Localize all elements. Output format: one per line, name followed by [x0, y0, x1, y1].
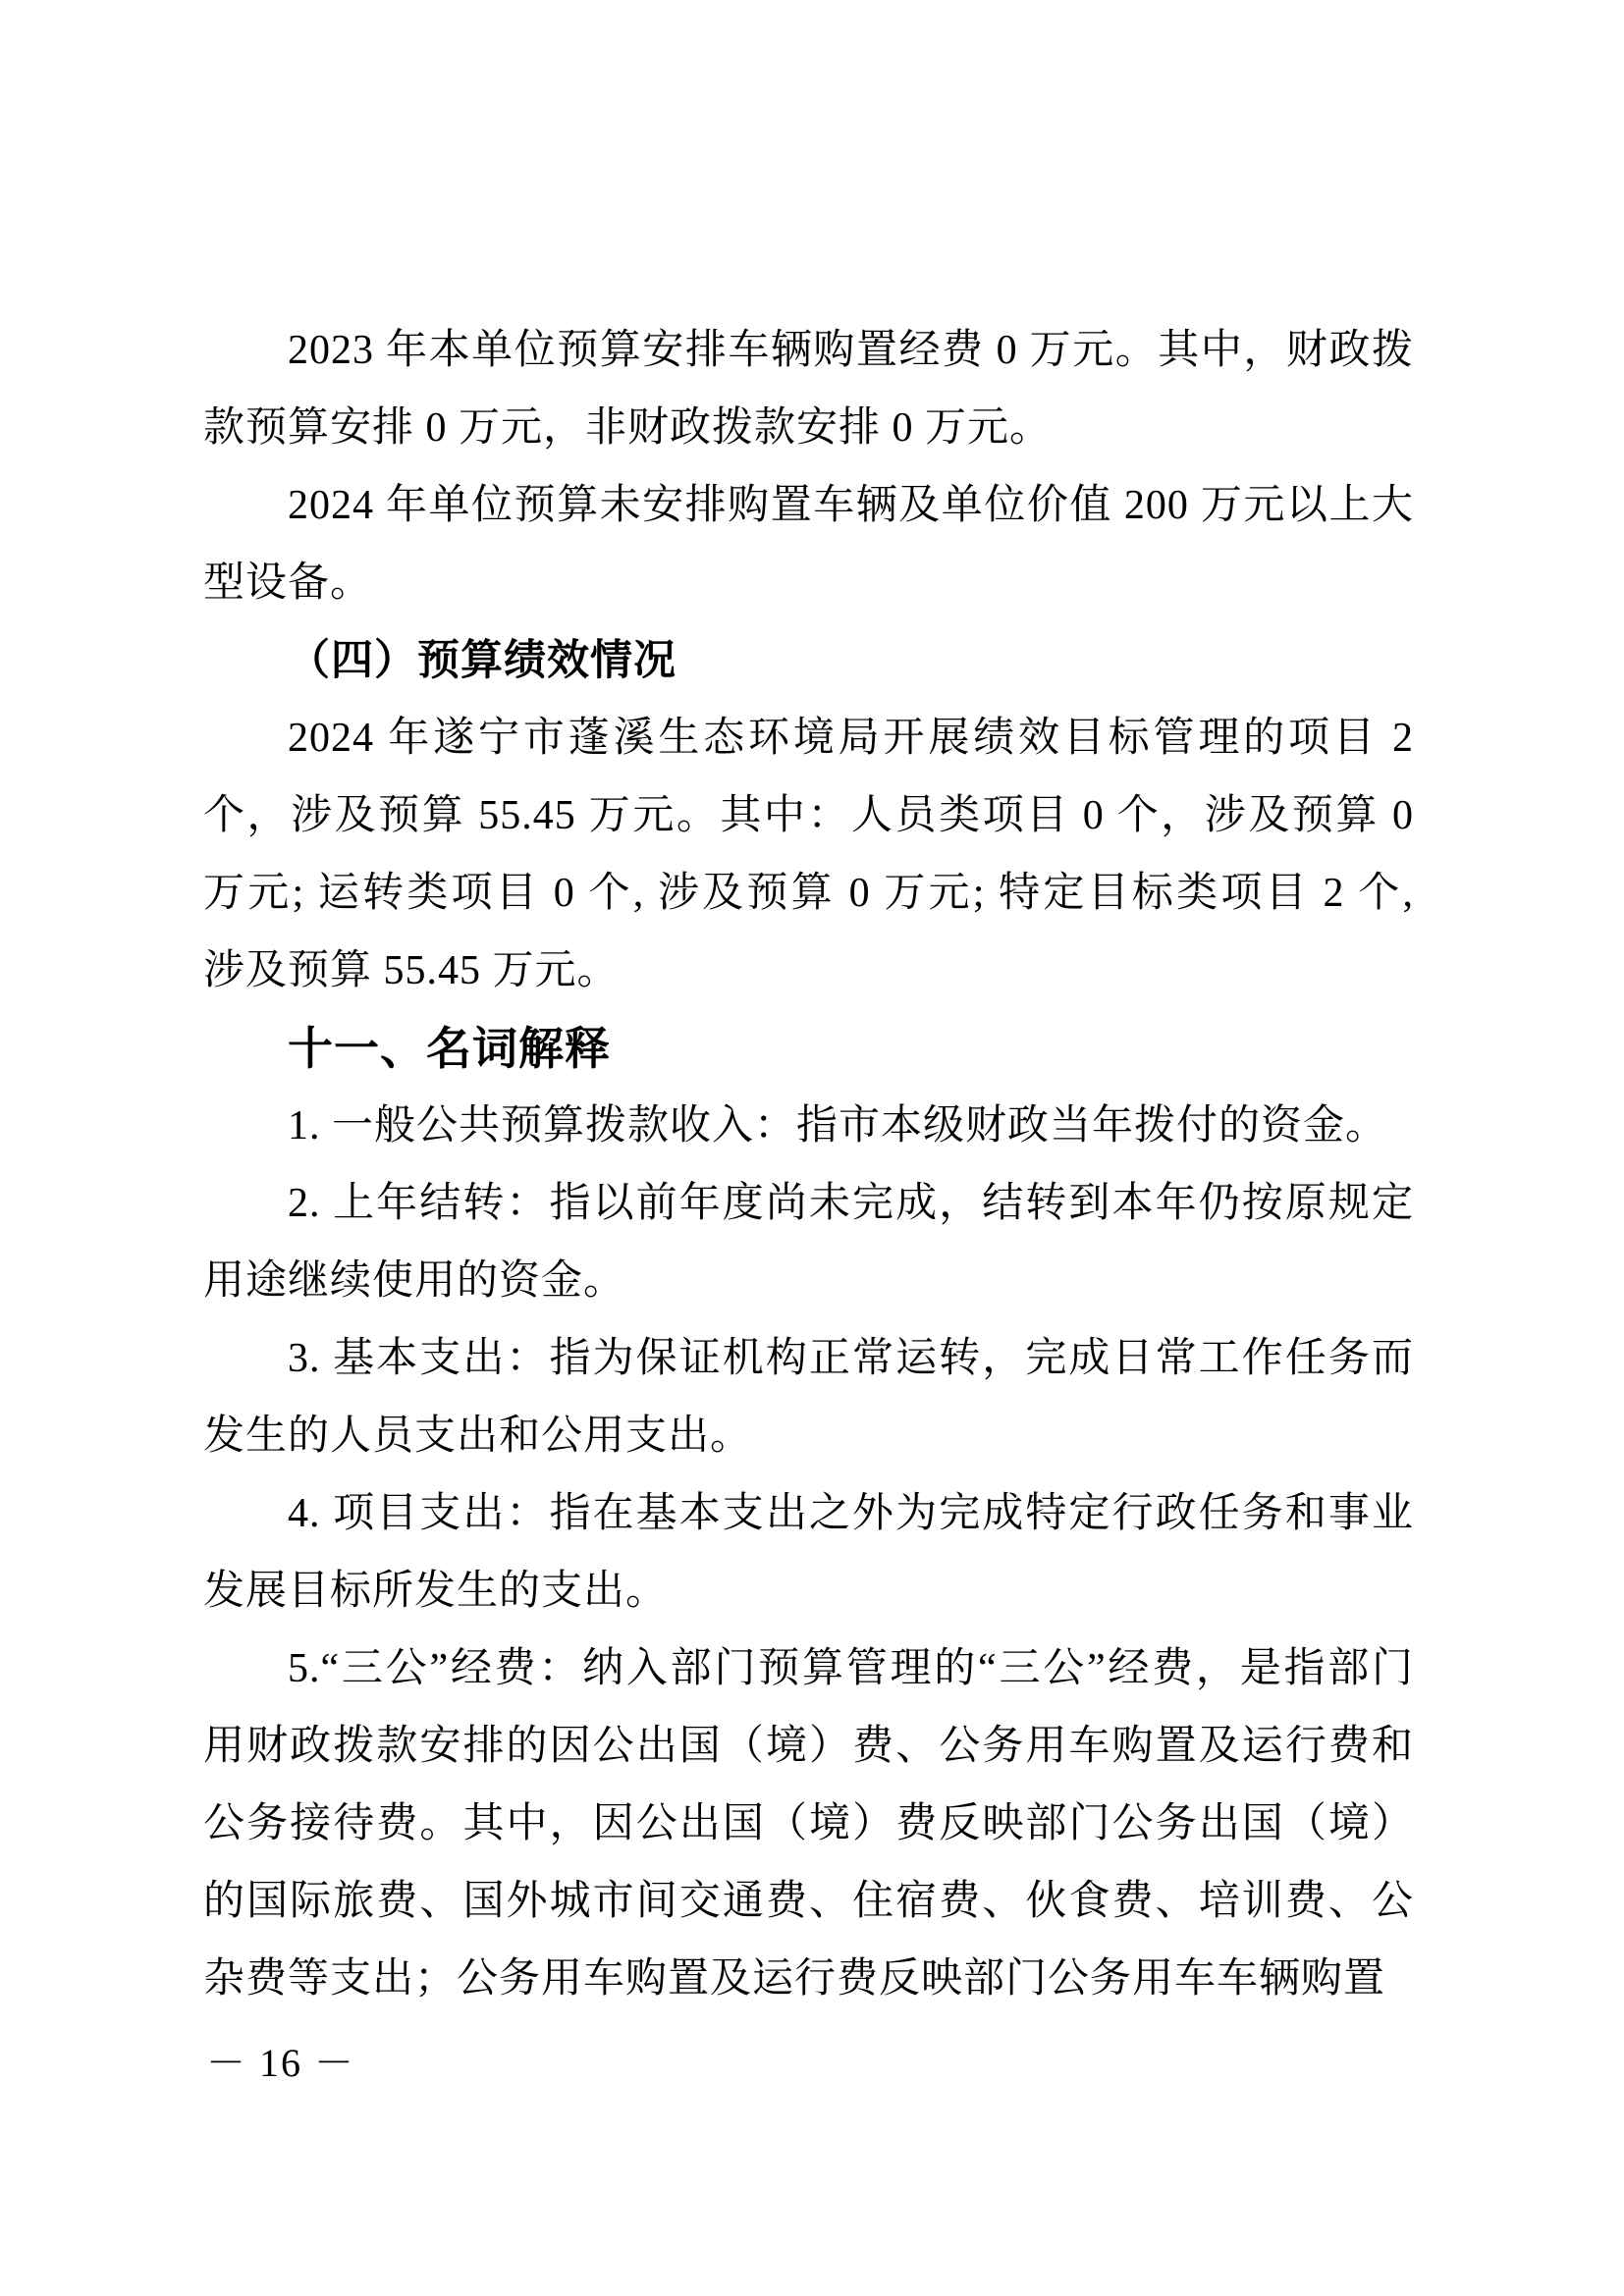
text-line: 用途继续使用的资金。: [203, 1243, 1414, 1320]
text-line: 十一、名词解释: [203, 1010, 1414, 1088]
paragraph: 1. 一般公共预算拨款收入：指市本级财政当年拨付的资金。: [203, 1088, 1414, 1165]
paragraph: 2023 年本单位预算安排车辆购置经费 0 万元。其中，财政拨款预算安排 0 万…: [203, 312, 1414, 467]
text-line: 发生的人员支出和公用支出。: [203, 1398, 1414, 1475]
paragraph: 5.“三公”经费：纳入部门预算管理的“三公”经费，是指部门用财政拨款安排的因公出…: [203, 1630, 1414, 2018]
paragraph: 2024 年遂宁市蓬溪生态环境局开展绩效目标管理的项目 2个，涉及预算 55.4…: [203, 700, 1414, 1010]
text-line: 万元; 运转类项目 0 个, 涉及预算 0 万元; 特定目标类项目 2 个,: [203, 855, 1414, 933]
text-line: 4. 项目支出：指在基本支出之外为完成特定行政任务和事业: [203, 1475, 1414, 1553]
section-heading: （四）预算绩效情况: [203, 622, 1414, 700]
text-line: 型设备。: [203, 545, 1414, 622]
text-line: 用财政拨款安排的因公出国（境）费、公务用车购置及运行费和: [203, 1708, 1414, 1786]
text-line: 2023 年本单位预算安排车辆购置经费 0 万元。其中，财政拨: [203, 312, 1414, 390]
document-body: 2023 年本单位预算安排车辆购置经费 0 万元。其中，财政拨款预算安排 0 万…: [203, 312, 1414, 2018]
text-line: 5.“三公”经费：纳入部门预算管理的“三公”经费，是指部门: [203, 1630, 1414, 1708]
text-line: 2. 上年结转：指以前年度尚未完成，结转到本年仍按原规定: [203, 1165, 1414, 1243]
text-line: 发展目标所发生的支出。: [203, 1553, 1414, 1630]
text-line: 个，涉及预算 55.45 万元。其中：人员类项目 0 个，涉及预算 0: [203, 777, 1414, 855]
paragraph: 2. 上年结转：指以前年度尚未完成，结转到本年仍按原规定用途继续使用的资金。: [203, 1165, 1414, 1320]
paragraph: 2024 年单位预算未安排购置车辆及单位价值 200 万元以上大型设备。: [203, 467, 1414, 622]
text-line: （四）预算绩效情况: [203, 622, 1414, 700]
document-page: 2023 年本单位预算安排车辆购置经费 0 万元。其中，财政拨款预算安排 0 万…: [0, 0, 1624, 2296]
paragraph: 3. 基本支出：指为保证机构正常运转，完成日常工作任务而发生的人员支出和公用支出…: [203, 1320, 1414, 1475]
page-number: － 16 －: [206, 2040, 355, 2087]
text-line: 3. 基本支出：指为保证机构正常运转，完成日常工作任务而: [203, 1320, 1414, 1398]
paragraph: 4. 项目支出：指在基本支出之外为完成特定行政任务和事业发展目标所发生的支出。: [203, 1475, 1414, 1630]
text-line: 的国际旅费、国外城市间交通费、住宿费、伙食费、培训费、公: [203, 1863, 1414, 1941]
text-line: 杂费等支出；公务用车购置及运行费反映部门公务用车车辆购置: [203, 1941, 1414, 2018]
text-line: 1. 一般公共预算拨款收入：指市本级财政当年拨付的资金。: [203, 1088, 1414, 1165]
text-line: 公务接待费。其中，因公出国（境）费反映部门公务出国（境）: [203, 1786, 1414, 1863]
text-line: 2024 年单位预算未安排购置车辆及单位价值 200 万元以上大: [203, 467, 1414, 545]
text-line: 款预算安排 0 万元，非财政拨款安排 0 万元。: [203, 390, 1414, 467]
text-line: 涉及预算 55.45 万元。: [203, 933, 1414, 1010]
text-line: 2024 年遂宁市蓬溪生态环境局开展绩效目标管理的项目 2: [203, 700, 1414, 777]
section-heading: 十一、名词解释: [203, 1010, 1414, 1088]
